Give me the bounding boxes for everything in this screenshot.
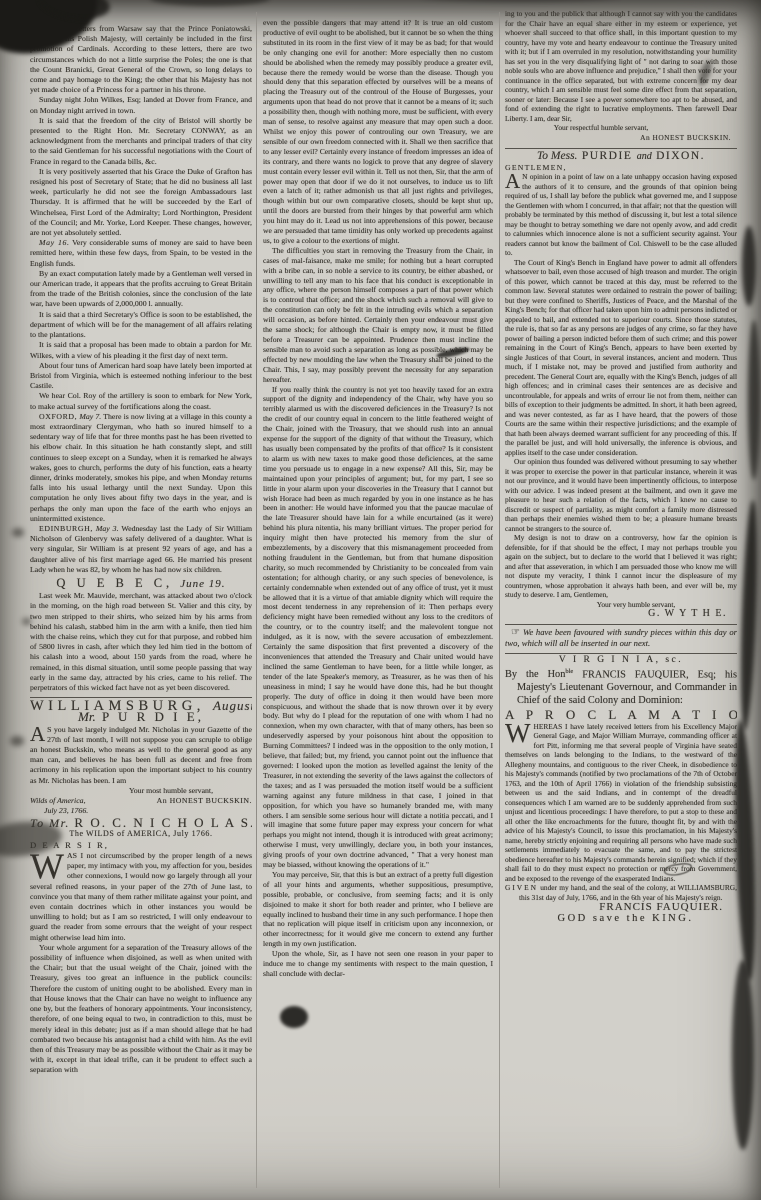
wythe-letter-p4: My design is not to draw on a controvers… [505, 533, 737, 600]
news-paragraph: It is very positively asserted that his … [30, 167, 252, 238]
right-edge-streak [732, 960, 754, 1150]
section-rule [505, 653, 737, 654]
salutation: GENTLEMEN, [505, 163, 737, 173]
news-paragraph: By an exact computation lately made by a… [30, 269, 252, 310]
fauquier-titles: By the Honble FRANCIS FAUQUIER, Esq; his… [505, 666, 737, 707]
letter-dateline: Wilds of America, [30, 796, 86, 806]
news-paragraph: It is said that the freedom of the city … [30, 116, 252, 167]
nicholas-heading: To Mr. R O. C. N I C H O L A S. [30, 818, 252, 828]
letter-closing: Your respectful humble servant, [505, 123, 737, 133]
news-paragraph: About four tuns of American hard soap ha… [30, 361, 252, 392]
right-edge-streak [748, 320, 760, 480]
nicholas-letter-p2: Your whole argument for a separation of … [30, 943, 252, 1076]
dateline-date: May 3. [96, 524, 119, 533]
letter-continuation-p5: Upon the whole, Sir, as I have not seen … [263, 949, 493, 979]
letter-continuation-p1: even the possible dangers that may atten… [263, 18, 493, 246]
purdie-dixon-heading: To Mess. PURDIE and DIXON. [505, 152, 737, 162]
column-rule-right [499, 12, 500, 1188]
dateline: EDINBURGH, [39, 524, 93, 533]
wythe-letter-p1: AN opinion in a point of law on a late u… [505, 172, 737, 258]
column-rule-left [256, 12, 257, 1188]
salutation: D E A R S I R, [30, 840, 252, 850]
letter-signature: An HONEST BUCKSKIN. [157, 796, 252, 806]
dropcap-W: W [30, 851, 67, 880]
middle-ink-blot [280, 1006, 308, 1028]
section-rule [505, 624, 737, 625]
god-save-the-king: GOD save the KING. [505, 914, 737, 924]
right-edge-streak [742, 226, 756, 306]
given-clause: GIVEN under my hand, and the seal of the… [505, 883, 737, 902]
news-paragraph: It is said that a proposal has been made… [30, 340, 252, 360]
letter-signature: An HONEST BUCKSKIN. [505, 133, 737, 143]
news-paragraph: We hear Col. Roy of the artillery is soo… [30, 391, 252, 411]
top-edge-smudge-2 [420, 0, 620, 2]
fauquier-signature: FRANCIS FAUQUIER. [505, 903, 737, 913]
letter-continuation-p2: The difficulties you start in removing t… [263, 246, 493, 385]
dateline: May 16. [39, 238, 70, 247]
top-edge-smudge [150, 0, 270, 6]
news-paragraph: It is said that a third Secretary's Offi… [30, 310, 252, 341]
nicholas-letter-p1: WAS I not circumscribed by the proper le… [30, 851, 252, 943]
buckskin-letter: AS you have largely indulged Mr. Nichola… [30, 725, 252, 786]
dropcap-A: A [505, 172, 522, 189]
letter-continuation-p4: You may perceive, Sir, that this is but … [263, 870, 493, 949]
column-left: ✳ Letters from Warsaw say that the Princ… [30, 24, 252, 1186]
dropcap-W: W [505, 722, 533, 744]
ink-speck [10, 736, 24, 746]
news-paragraph: May 16. Very considerable sums of money … [30, 238, 252, 269]
section-rule [505, 148, 737, 149]
ink-speck [12, 528, 24, 537]
wythe-letter-p3: Our opinion thus founded was delivered w… [505, 457, 737, 533]
quebec-heading: Q U E B E C, June 19. [30, 578, 252, 589]
wythe-signature: G. W Y T H E. [505, 609, 737, 619]
virginia-sc-heading: V I R G I N I A, sc. [505, 656, 737, 666]
letter-continuation-p3: If you really think the country is not y… [263, 385, 493, 870]
proclamation-heading: A P R O C L A M A T I O N. [505, 710, 737, 720]
pointing-hand-icon: ☞ [505, 627, 523, 638]
ink-speck [22, 618, 31, 625]
news-paragraph-edinburgh: EDINBURGH, May 3. Wednesday last the Lad… [30, 524, 252, 575]
wythe-letter-p2: The Court of King's Bench in England hav… [505, 258, 737, 458]
right-edge-streak [738, 500, 760, 730]
dateline: OXFORD, [39, 412, 77, 421]
letter-closing: Your most humble servant, [30, 786, 252, 796]
column-right: ing to you and the publick that although… [505, 9, 737, 1189]
news-paragraph: Sunday night John Wilkes, Esq; landed at… [30, 95, 252, 115]
proclamation-body: WHEREAS I have lately received letters f… [505, 722, 737, 884]
news-paragraph-oxford: OXFORD, May 7. There is now living at a … [30, 412, 252, 524]
dateline-date: May 7. [79, 412, 101, 421]
editor-notice: ☞We have been favoured with sundry piece… [505, 627, 737, 649]
newspaper-page: ✳ Letters from Warsaw say that the Princ… [0, 0, 761, 1200]
quebec-paragraph: Last week Mr. Mauvide, merchant, was att… [30, 591, 252, 693]
dropcap-A: A [30, 725, 47, 742]
signature-row: Wilds of America, An HONEST BUCKSKIN. [30, 796, 252, 806]
